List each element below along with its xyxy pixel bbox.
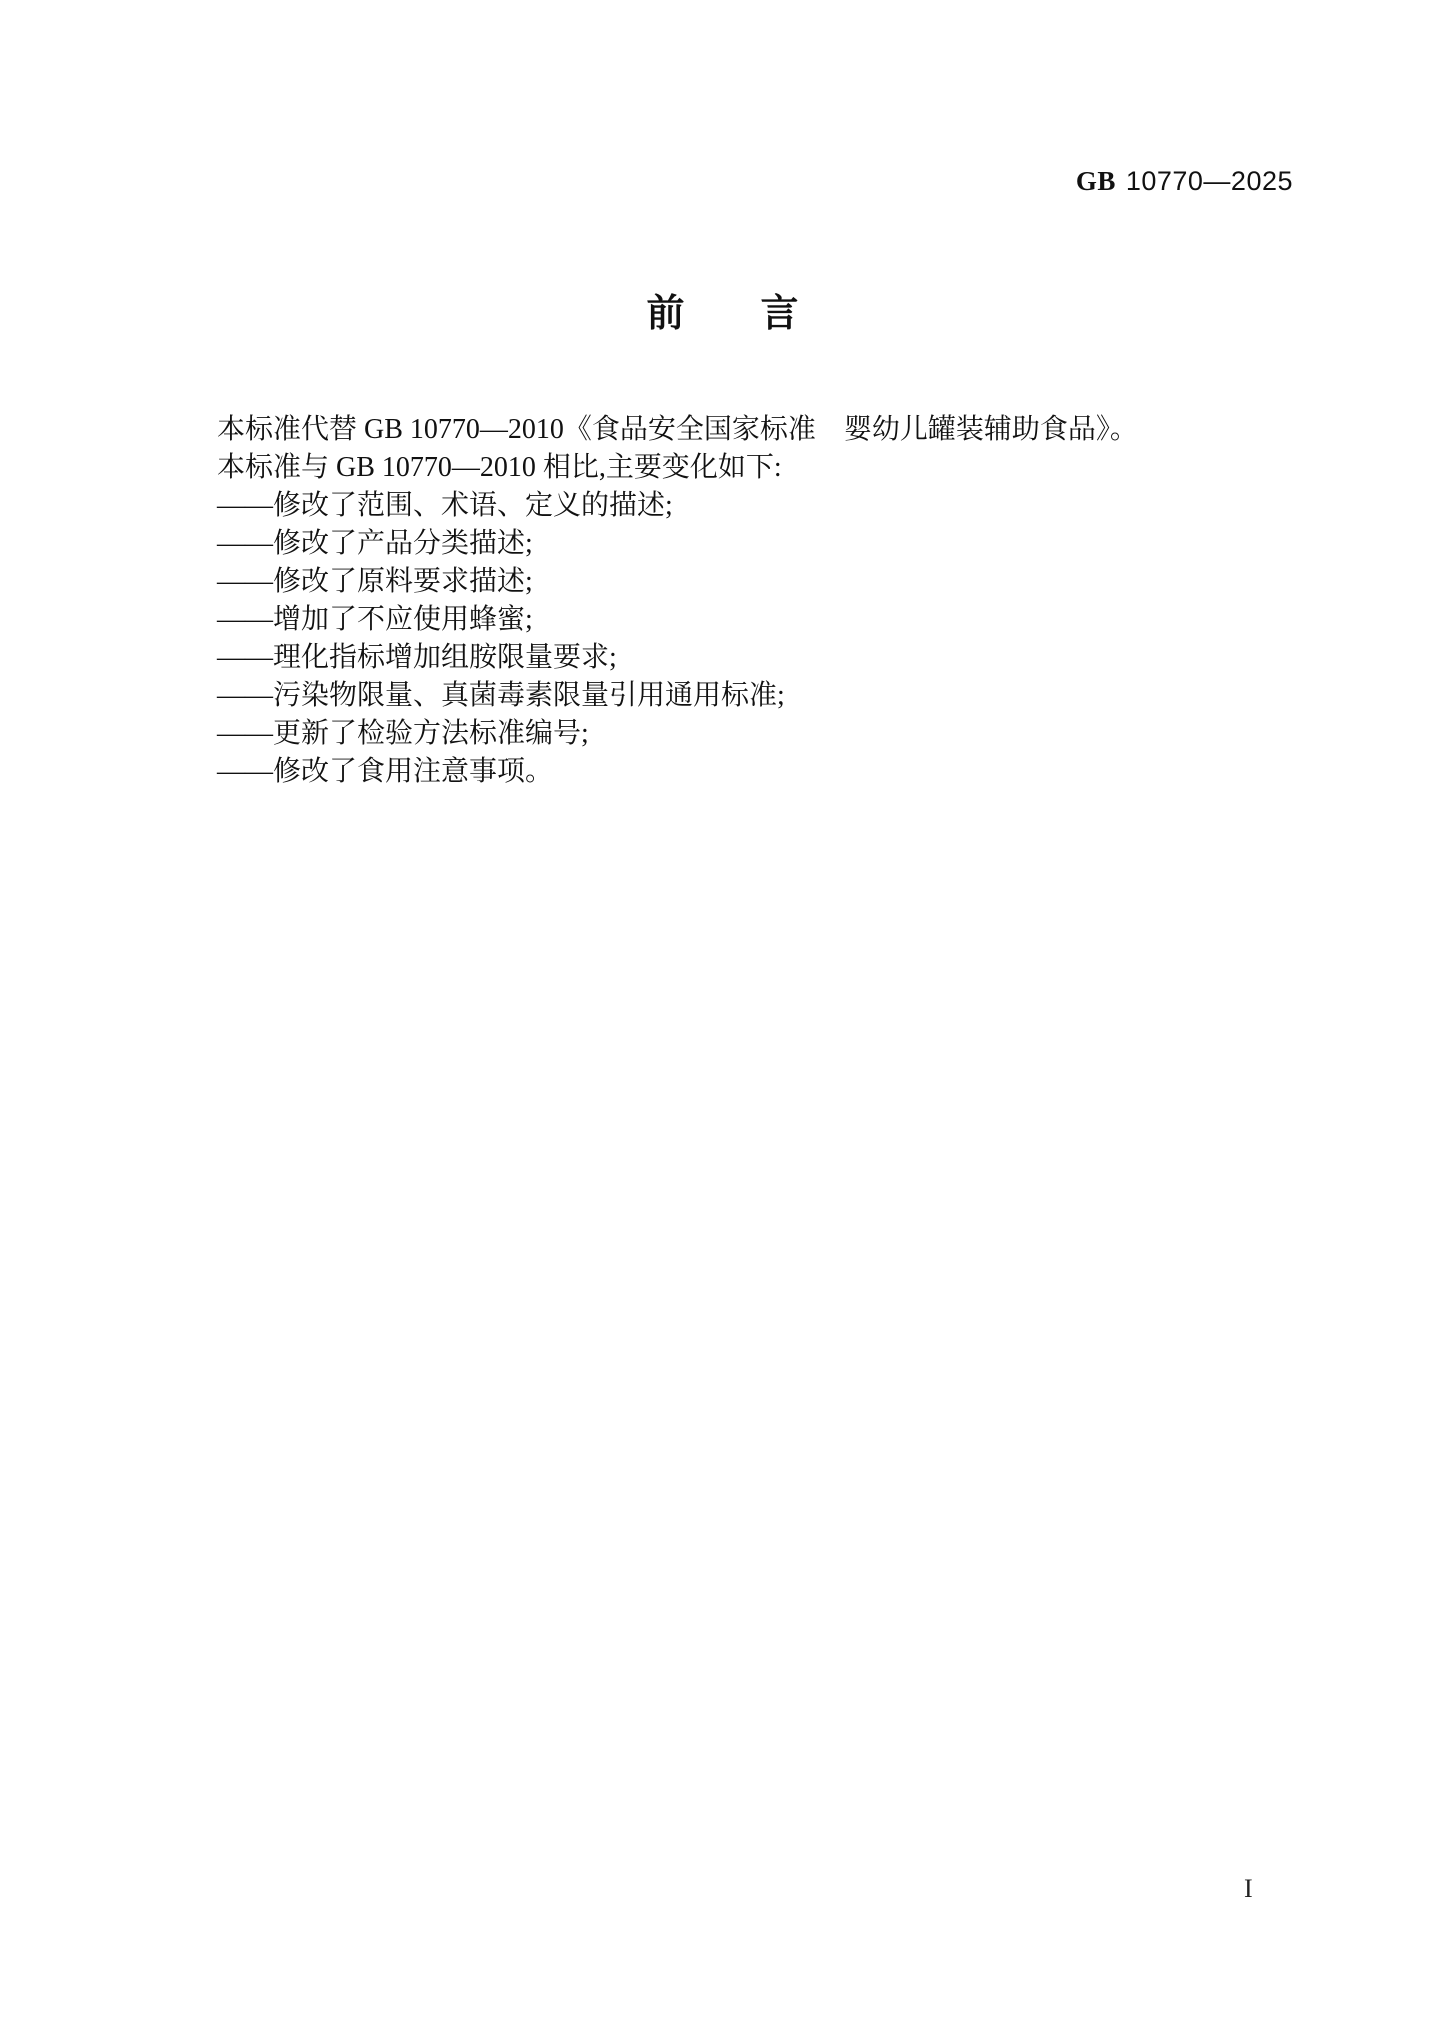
change-item: ——修改了范围、术语、定义的描述;	[161, 487, 1292, 525]
change-item: ——污染物限量、真菌毒素限量引用通用标准;	[161, 677, 1292, 715]
change-item: ——更新了检验方法标准编号;	[161, 715, 1292, 753]
foreword-title: 前 言	[0, 290, 1445, 338]
change-item: ——增加了不应使用蜂蜜;	[161, 601, 1292, 639]
change-item: ——修改了原料要求描述;	[161, 563, 1292, 601]
change-item: ——理化指标增加组胺限量要求;	[161, 639, 1292, 677]
standard-code-prefix: GB	[1076, 166, 1116, 196]
foreword-body: 本标准代替 GB 10770—2010《食品安全国家标准 婴幼儿罐装辅助食品》。…	[161, 411, 1292, 791]
paragraph-comparison-note: 本标准与 GB 10770—2010 相比,主要变化如下:	[161, 449, 1292, 487]
standard-code-header: GB10770—2025	[1076, 166, 1293, 197]
change-item: ——修改了食用注意事项。	[161, 753, 1292, 791]
standard-code-number: 10770—2025	[1126, 166, 1293, 196]
paragraph-replacement-note: 本标准代替 GB 10770—2010《食品安全国家标准 婴幼儿罐装辅助食品》。	[161, 411, 1292, 449]
standard-document-page: GB10770—2025 前 言 本标准代替 GB 10770—2010《食品安…	[0, 0, 1445, 2044]
page-number: I	[1244, 1874, 1253, 1904]
change-item: ——修改了产品分类描述;	[161, 525, 1292, 563]
